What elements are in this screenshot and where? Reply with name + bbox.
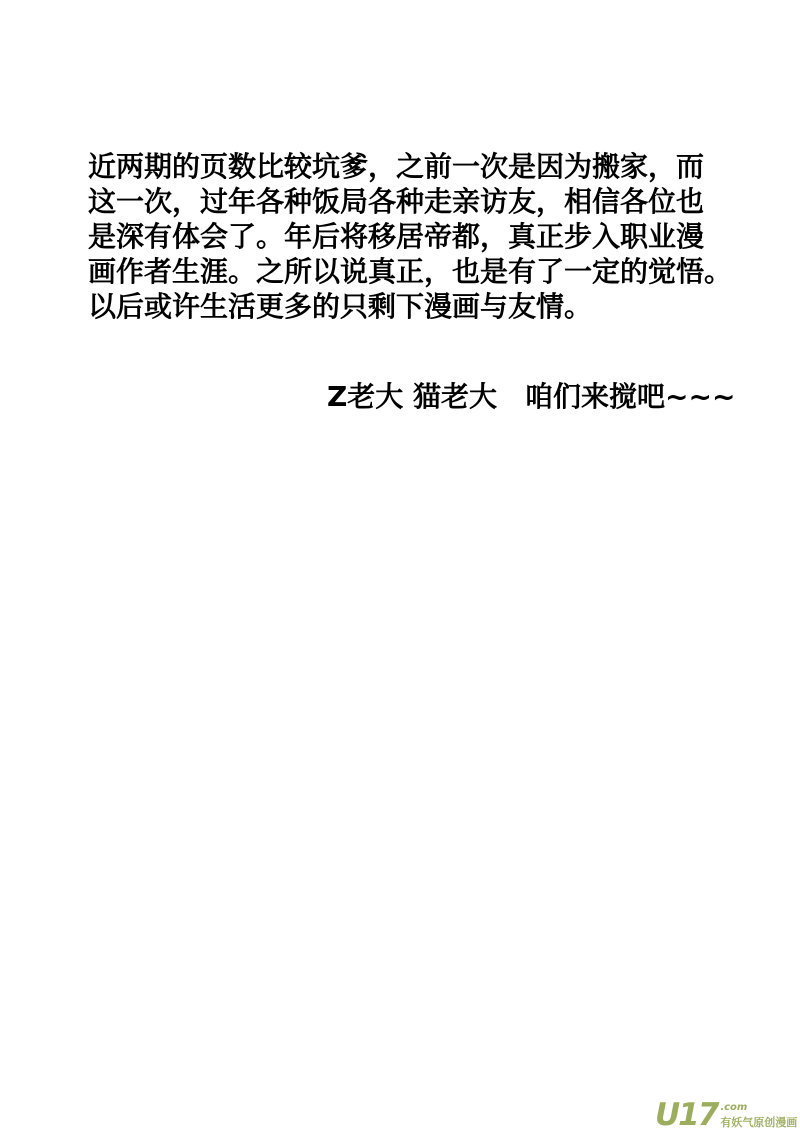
u17-logo-right-block: .com 有妖气原创漫画 <box>720 1103 797 1129</box>
author-signature: Z老大 猫老大 咱们来搅吧~~~ <box>327 379 735 414</box>
author-note-line: 以后或许生活更多的只剩下漫画与友情。 <box>88 289 732 324</box>
u17-logo-tagline: 有妖气原创漫画 <box>720 1117 797 1129</box>
comic-afterword-page: 近两期的页数比较坑爹，之前一次是因为搬家，而 这一次，过年各种饭局各种走亲访友，… <box>0 0 800 1135</box>
author-note-line: 这一次，过年各种饭局各种走亲访友，相信各位也 <box>88 184 732 219</box>
author-note-line: 近两期的页数比较坑爹，之前一次是因为搬家，而 <box>88 149 732 184</box>
author-note-line: 是深有体会了。年后将移居帝都，真正步入职业漫 <box>88 219 732 254</box>
u17-logo-text: U17 <box>655 1102 717 1129</box>
u17-logo-com-suffix: .com <box>720 1103 797 1113</box>
author-note-line: 画作者生涯。之所以说真正，也是有了一定的觉悟。 <box>88 254 732 289</box>
u17-watermark-logo: U17 .com 有妖气原创漫画 <box>655 1102 797 1129</box>
author-note: 近两期的页数比较坑爹，之前一次是因为搬家，而 这一次，过年各种饭局各种走亲访友，… <box>88 149 732 324</box>
